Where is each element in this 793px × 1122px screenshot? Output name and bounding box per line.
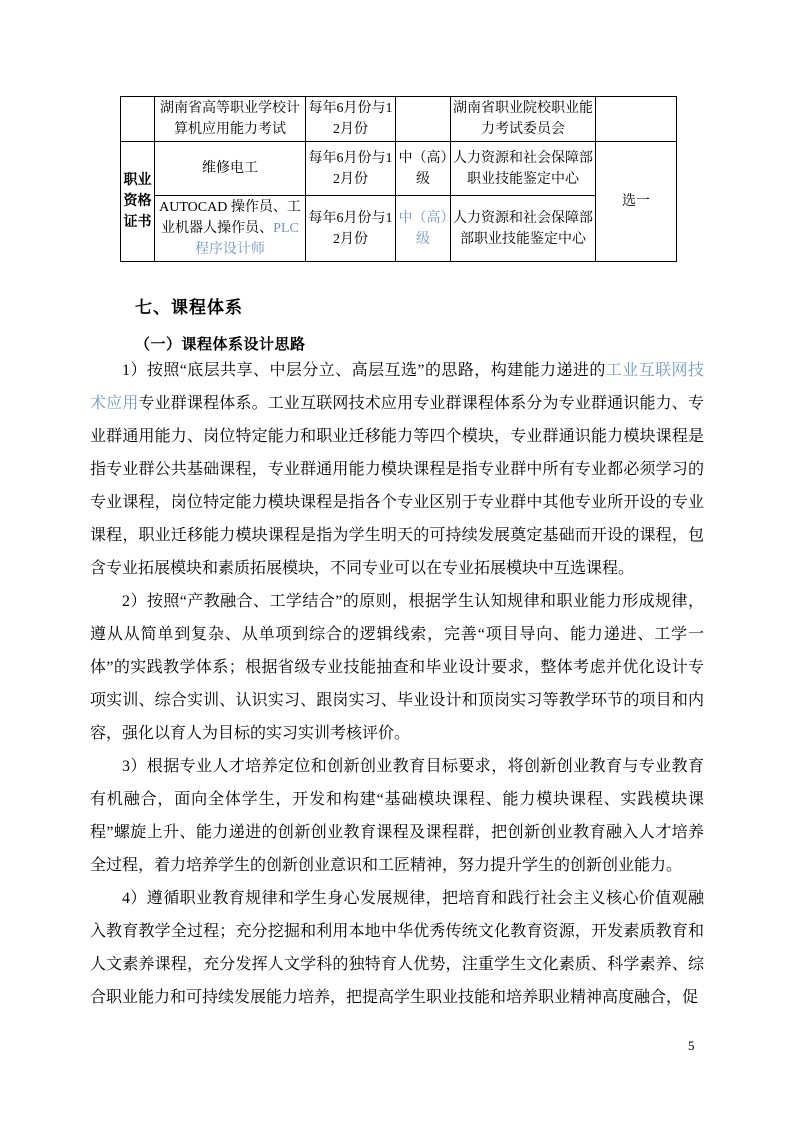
cell-schedule: 每年6月份与12月份	[306, 196, 396, 262]
cell-level-highlighted: 中（高）级	[396, 196, 451, 262]
document-page: 湖南省高等职业学校计算机应用能力考试 每年6月份与12月份 湖南省职业院校职业能…	[0, 0, 793, 1122]
paragraph-3: 3）根据专业人才培养定位和创新创业教育目标要求，将创新创业教育与专业教育有机融合…	[90, 750, 704, 882]
paragraph-1: 1）按照“底层共享、中层分立、高层互选”的思路，构建能力递进的工业互联网技术应用…	[90, 354, 704, 585]
table-row-electrician: 职业资格证书 维修电工 每年6月份与12月份 中（高）级 人力资源和社会保障部职…	[121, 142, 677, 196]
paragraph-4: 4）遵循职业教育规律和学生身心发展规律，把培育和践行社会主义核心价值观融入教育教…	[90, 882, 704, 1014]
cell-organization: 人力资源和社会保障部部职业技能鉴定中心	[451, 196, 596, 262]
cell-cert-name: 维修电工	[155, 142, 306, 196]
table-row-autocad-plc: AUTOCAD 操作员、工业机器人操作员、PLC 程序设计师 每年6月份与12月…	[121, 196, 677, 262]
subsection-heading: （一）课程体系设计思路	[135, 333, 306, 354]
cell-organization: 湖南省职业院校职业能力考试委员会	[451, 97, 596, 142]
cell-cert-name: 湖南省高等职业学校计算机应用能力考试	[155, 97, 306, 142]
table-row-computer-exam: 湖南省高等职业学校计算机应用能力考试 每年6月份与12月份 湖南省职业院校职业能…	[121, 97, 677, 142]
cell-schedule: 每年6月份与12月份	[306, 142, 396, 196]
cell-category-empty	[121, 97, 155, 142]
page-number: 5	[688, 1038, 695, 1054]
body-text: 1）按照“底层共享、中层分立、高层互选”的思路，构建能力递进的工业互联网技术应用…	[90, 354, 704, 1014]
paragraph-1-text: 专业群课程体系。工业互联网技术应用专业群课程体系分为专业群通识能力、专业群通用能…	[90, 395, 704, 577]
paragraph-1-text: 1）按照“底层共享、中层分立、高层互选”的思路，构建能力递进的	[122, 362, 606, 379]
cell-cert-name: AUTOCAD 操作员、工业机器人操作员、PLC 程序设计师	[155, 196, 306, 262]
section-heading: 七、课程体系	[135, 293, 243, 318]
cell-organization: 人力资源和社会保障部职业技能鉴定中心	[451, 142, 596, 196]
cell-note-empty	[596, 97, 677, 142]
cell-level-empty	[396, 97, 451, 142]
paragraph-2: 2）按照“产教融合、工学结合”的原则，根据学生认知规律和职业能力形成规律，遵从从…	[90, 585, 704, 750]
cell-level: 中（高）级	[396, 142, 451, 196]
cell-schedule: 每年6月份与12月份	[306, 97, 396, 142]
cell-note-choose-one: 选一	[596, 142, 677, 262]
qualification-certificate-table: 湖南省高等职业学校计算机应用能力考试 每年6月份与12月份 湖南省职业院校职业能…	[120, 96, 677, 262]
cell-category-vocational-certificate: 职业资格证书	[121, 142, 155, 262]
